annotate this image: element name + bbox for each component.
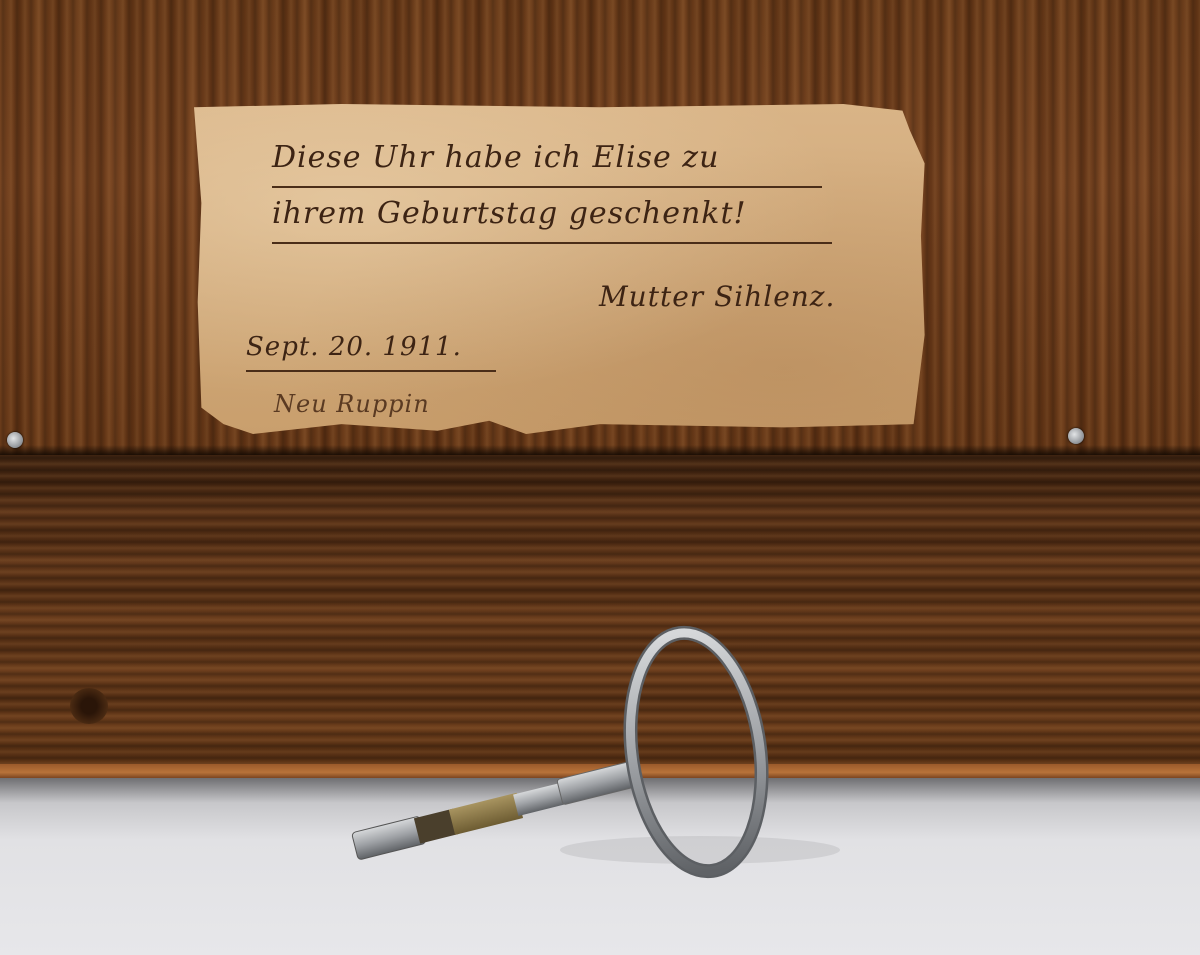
winding-key-icon bbox=[0, 0, 1200, 955]
photo-scene: Diese Uhr habe ich Elise zu ihrem Geburt… bbox=[0, 0, 1200, 955]
